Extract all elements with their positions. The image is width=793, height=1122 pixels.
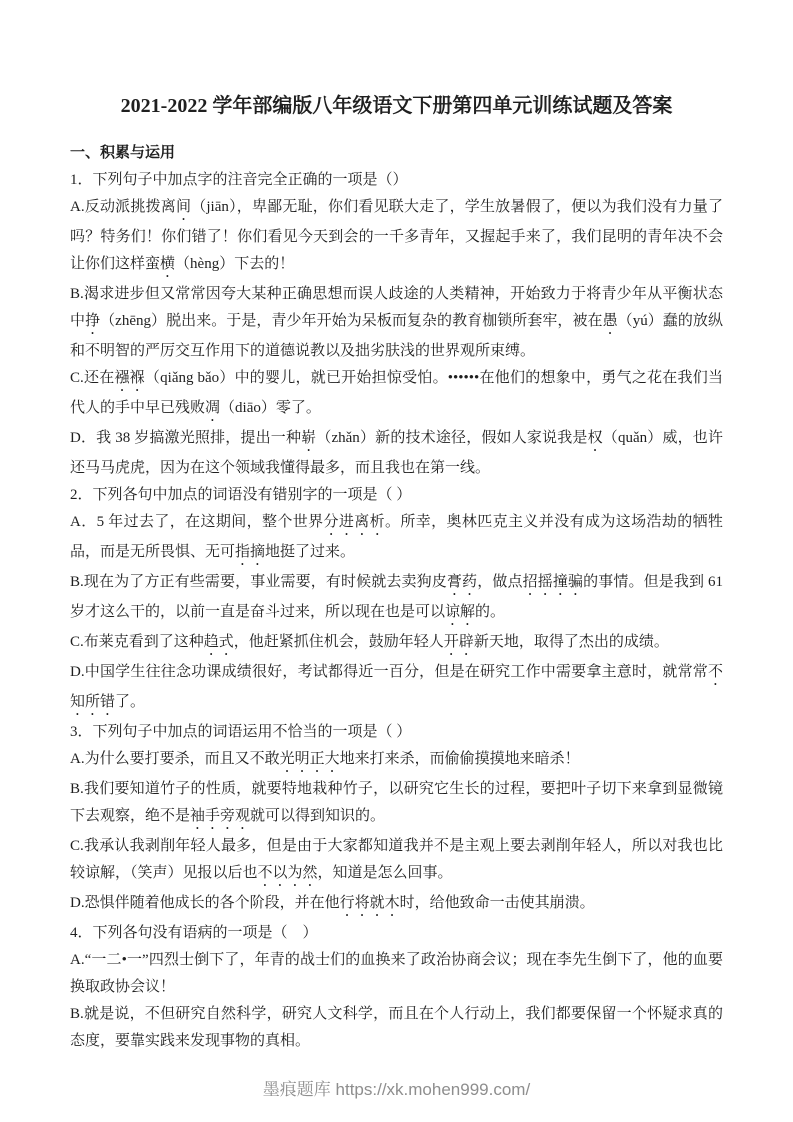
emphasized-word: 光明正大 xyxy=(280,751,340,767)
emphasized-word: 开辟 xyxy=(444,634,474,650)
question-3-option-a: A.为什么要打要杀，而且又不敢光明正大地来打来杀，而偷偷摸摸地来暗杀！ xyxy=(70,746,723,776)
question-3-option-d: D.恐惧伴随着他成长的各个阶段，并在他行将就木时，给他致命一击使其崩溃。 xyxy=(70,890,723,920)
emphasized-word: 趋式 xyxy=(204,634,234,650)
question-2: 2．下列各句中加点的词语没有错别字的一项是（ ） A．5 年过去了，在这期间，整… xyxy=(70,482,723,719)
emphasized-word: 崭 xyxy=(301,430,316,446)
emphasized-word: 指摘 xyxy=(235,544,265,560)
emphasized-word: 挣 xyxy=(85,313,100,329)
emphasized-word: 分进离析 xyxy=(324,514,386,530)
question-3-stem: 3．下列句子中加点的词语运用不恰当的一项是（ ） xyxy=(70,719,723,746)
emphasized-word: 谅解 xyxy=(445,604,475,620)
question-1-option-a: A.反动派挑拨离间（jiān），卑鄙无耻，你们看见联大走了，学生放暑假了，便以为… xyxy=(70,194,723,281)
question-2-option-c: C.布莱克看到了这种趋式，他赶紧抓住机会，鼓励年轻人开辟新天地，取得了杰出的成绩… xyxy=(70,629,723,659)
footer-watermark: 墨痕题库 https://xk.mohen999.com/ xyxy=(0,1075,793,1100)
page-title: 2021-2022 学年部编版八年级语文下册第四单元训练试题及答案 xyxy=(70,92,723,120)
question-1-stem: 1．下列句子中加点字的注音完全正确的一项是（） xyxy=(70,167,723,194)
emphasized-word: 膏药 xyxy=(447,574,477,590)
question-4-stem: 4．下列各句没有语病的一项是（ ） xyxy=(70,920,723,947)
emphasized-word: 间 xyxy=(176,199,191,215)
emphasized-word: 襁褓 xyxy=(114,370,144,386)
emphasized-word: 行将就木 xyxy=(340,895,400,911)
emphasized-word: 权 xyxy=(588,430,603,446)
question-1-option-d: D．我 38 岁搞激光照排，提出一种崭（zhǎn）新的技术途径，假如人家说我是权… xyxy=(70,425,723,482)
question-4: 4．下列各句没有语病的一项是（ ） A.“一二•一”四烈士倒下了，年青的战士们的… xyxy=(70,920,723,1055)
emphasized-word: 不以为然 xyxy=(258,865,318,881)
document-content: 2021-2022 学年部编版八年级语文下册第四单元训练试题及答案 一、积累与运… xyxy=(0,0,793,1055)
question-2-option-d: D.中国学生往往念功课成绩很好，考试都得近一百分，但是在研究工作中需要拿主意时，… xyxy=(70,659,723,719)
emphasized-word: 愚 xyxy=(603,313,618,329)
question-4-option-a: A.“一二•一”四烈士倒下了，年青的战士们的血换来了政治协商会议；现在李先生倒下… xyxy=(70,947,723,1001)
question-1-option-c: C.还在襁褓（qiǎng bǎo）中的婴儿，就已开始担惊受怕。••••••在他们… xyxy=(70,365,723,425)
document-page: 2021-2022 学年部编版八年级语文下册第四单元训练试题及答案 一、积累与运… xyxy=(0,0,793,1122)
emphasized-word: 招摇撞骗 xyxy=(523,574,584,590)
question-4-option-b: B.就是说，不但研究自然科学，研究人文科学，而且在个人行动上，我们都要保留一个怀… xyxy=(70,1001,723,1055)
question-3: 3．下列句子中加点的词语运用不恰当的一项是（ ） A.为什么要打要杀，而且又不敢… xyxy=(70,719,723,920)
emphasized-word: 袖手旁观 xyxy=(190,808,250,824)
section-heading: 一、积累与运用 xyxy=(70,140,723,167)
question-2-option-a: A．5 年过去了，在这期间，整个世界分进离析。所幸，奥林匹克主义并没有成为这场浩… xyxy=(70,509,723,569)
question-3-option-b: B.我们要知道竹子的性质，就要特地栽种竹子，以研究它生长的过程，要把叶子切下来拿… xyxy=(70,776,723,833)
emphasized-word: 凋 xyxy=(205,400,220,416)
question-1-option-b: B.渴求进步但又常常因夸大某种正确思想而误人歧途的人类精神，开始致力于将青少年从… xyxy=(70,281,723,365)
question-2-stem: 2．下列各句中加点的词语没有错别字的一项是（ ） xyxy=(70,482,723,509)
question-2-option-b: B.现在为了方正有些需要，事业需要，有时候就去卖狗皮膏药，做点招摇撞骗的事情。但… xyxy=(70,569,723,629)
question-3-option-c: C.我承认我剥削年轻人最多，但是由于大家都知道我并不是主观上要去剥削年轻人，所以… xyxy=(70,833,723,890)
question-1: 1．下列句子中加点字的注音完全正确的一项是（） A.反动派挑拨离间（jiān），… xyxy=(70,167,723,482)
emphasized-word: 横 xyxy=(160,256,175,272)
